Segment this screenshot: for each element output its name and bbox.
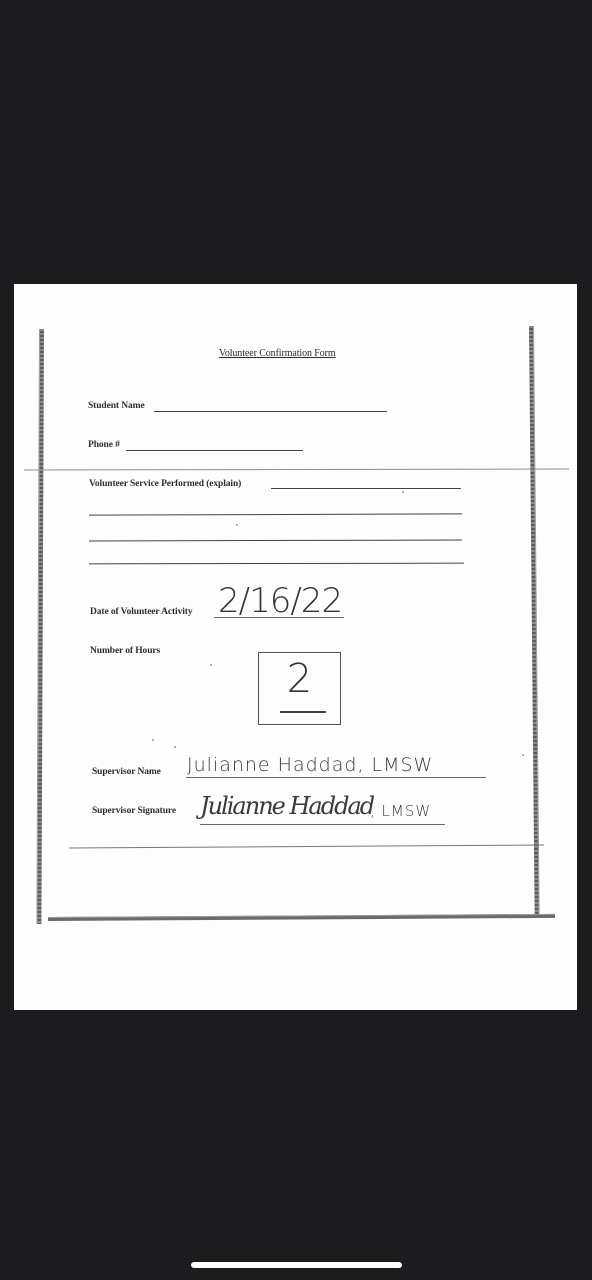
form-border-bottom [48,914,555,921]
hours-value: 2 [259,659,340,699]
date-label: Date of Volunteer Activity [90,607,193,617]
signature-bottom-rule [69,845,544,849]
student-name-field[interactable] [154,411,387,412]
scan-artifact-line [24,469,569,471]
supervisor-name-field-line[interactable] [186,777,486,778]
supervisor-signature-label: Supervisor Signature [92,806,176,816]
scan-speck [174,746,176,748]
hours-underline [280,711,326,713]
supervisor-name-value: Julianne Haddad, LMSW [187,754,433,776]
phone-field[interactable] [126,450,303,451]
date-value: 2/16/22 [218,581,342,621]
form-title: Volunteer Confirmation Form [219,348,336,359]
supervisor-name-label: Supervisor Name [92,767,161,777]
service-performed-label: Volunteer Service Performed (explain) [89,479,241,489]
service-performed-field-line-2[interactable] [89,513,462,515]
supervisor-signature-value: Julianne Haddad [200,792,373,820]
form-border-right [529,326,540,916]
supervisor-signature-field-line[interactable] [200,824,445,825]
service-performed-field-line-3[interactable] [89,540,462,542]
scan-speck [522,754,524,756]
scan-speck [402,491,404,493]
hours-box[interactable]: 2 [258,652,341,725]
student-name-label: Student Name [88,401,145,411]
scan-speck [236,524,238,526]
service-performed-field-line-4[interactable] [89,563,464,565]
phone-label: Phone # [88,440,120,450]
supervisor-signature-suffix: , LMSW [370,802,431,820]
hours-label: Number of Hours [90,646,160,656]
form-border-left [36,329,44,924]
scan-speck [210,664,212,666]
document-photo: Volunteer Confirmation Form Student Name… [14,284,577,1010]
home-indicator[interactable] [191,1262,402,1268]
service-performed-field-line-1[interactable] [271,488,461,489]
scan-speck [152,739,154,741]
